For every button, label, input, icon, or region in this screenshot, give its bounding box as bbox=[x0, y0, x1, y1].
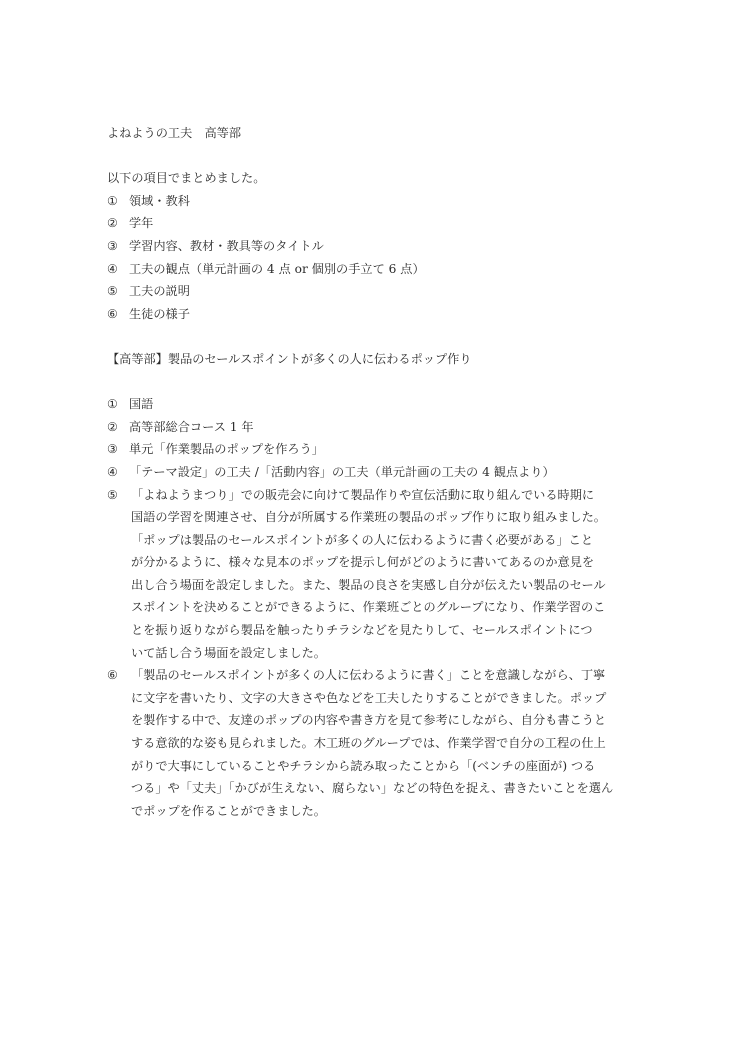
item-text: 高等部総合コース 1 年 bbox=[129, 416, 639, 439]
item-number: ⑥ bbox=[107, 303, 129, 326]
item-number: ⑤ bbox=[107, 484, 131, 665]
item-number: ④ bbox=[107, 461, 129, 484]
paragraph-line: する意欲的な姿も見られました。木工班のグループでは、作業学習で自分の工程の仕上 bbox=[131, 732, 639, 755]
paragraph-line: 国語の学習を関連させ、自分が所属する作業班の製品のポップ作りに取り組みました。 bbox=[131, 506, 639, 529]
item-number: ② bbox=[107, 416, 129, 439]
student-state-paragraph: ⑥ 「製品のセールスポイントが多くの人に伝わるように書く」ことを意識しながら、丁… bbox=[107, 664, 639, 822]
paragraph-line: つる」や「丈夫」「かびが生えない、腐らない」などの特色を捉え、書きたいことを選ん bbox=[131, 777, 639, 800]
item-number: ① bbox=[107, 190, 129, 213]
paragraph-line: いて話し合う場面を設定しました。 bbox=[131, 642, 639, 665]
item-text: 「テーマ設定」の工夫 /「活動内容」の工夫（単元計画の工夫の 4 観点より） bbox=[129, 461, 639, 484]
spacer bbox=[107, 145, 639, 168]
paragraph-line: 「製品のセールスポイントが多くの人に伝わるように書く」ことを意識しながら、丁寧 bbox=[131, 664, 639, 687]
outline-item: ⑤工夫の説明 bbox=[107, 280, 639, 303]
outline-item: ①領域・教科 bbox=[107, 190, 639, 213]
paragraph-line: 出し合う場面を設定しました。また、製品の良さを実感し自分が伝えたい製品のセール bbox=[131, 574, 639, 597]
entry-list: ①国語 ②高等部総合コース 1 年 ③単元「作業製品のポップを作ろう」 ④「テー… bbox=[107, 393, 639, 483]
item-number: ⑤ bbox=[107, 280, 129, 303]
outline-item: ③学習内容、教材・教具等のタイトル bbox=[107, 235, 639, 258]
item-text: 工夫の説明 bbox=[129, 280, 639, 303]
paragraph-line: 「ポップは製品のセールスポイントが多くの人に伝わるように書く必要がある」こと bbox=[131, 529, 639, 552]
outline-list: ①領域・教科 ②学年 ③学習内容、教材・教具等のタイトル ④工夫の観点（単元計画… bbox=[107, 190, 639, 326]
document-title: よねようの工夫 高等部 bbox=[107, 122, 639, 145]
paragraph-line: を製作する中で、友達のポップの内容や書き方を見て参考にしながら、自分も書こうと bbox=[131, 709, 639, 732]
item-number: ① bbox=[107, 393, 129, 416]
item-number: ④ bbox=[107, 258, 129, 281]
entry-item: ②高等部総合コース 1 年 bbox=[107, 416, 639, 439]
item-text: 工夫の観点（単元計画の 4 点 or 個別の手立て 6 点） bbox=[129, 258, 639, 281]
item-text: 学年 bbox=[129, 212, 639, 235]
item-number: ② bbox=[107, 212, 129, 235]
paragraph-line: がりで大事にしていることやチラシから読み取ったことから「(ベンチの座面が) つる bbox=[131, 755, 639, 778]
item-text: 生徒の様子 bbox=[129, 303, 639, 326]
paragraph-line: とを振り返りながら製品を触ったりチラシなどを見たりして、セールスポイントにつ bbox=[131, 619, 639, 642]
intro-text: 以下の項目でまとめました。 bbox=[107, 167, 639, 190]
item-text: 学習内容、教材・教具等のタイトル bbox=[129, 235, 639, 258]
document-page: よねようの工夫 高等部 以下の項目でまとめました。 ①領域・教科 ②学年 ③学習… bbox=[107, 122, 639, 822]
outline-item: ④工夫の観点（単元計画の 4 点 or 個別の手立て 6 点） bbox=[107, 258, 639, 281]
outline-item: ②学年 bbox=[107, 212, 639, 235]
paragraph-line: に文字を書いたり、文字の大きさや色などを工夫したりすることができました。ポップ bbox=[131, 687, 639, 710]
section-heading: 【高等部】製品のセールスポイントが多くの人に伝わるポップ作り bbox=[107, 348, 639, 371]
paragraph-line: スポイントを決めることができるように、作業班ごとのグループになり、作業学習のこ bbox=[131, 596, 639, 619]
item-text: 国語 bbox=[129, 393, 639, 416]
outline-item: ⑥生徒の様子 bbox=[107, 303, 639, 326]
explanation-paragraph: ⑤ 「よねようまつり」での販売会に向けて製品作りや宣伝活動に取り組んでいる時期に… bbox=[107, 484, 639, 665]
entry-item: ④「テーマ設定」の工夫 /「活動内容」の工夫（単元計画の工夫の 4 観点より） bbox=[107, 461, 639, 484]
item-text: 領域・教科 bbox=[129, 190, 639, 213]
spacer bbox=[107, 371, 639, 394]
paragraph-line: 「よねようまつり」での販売会に向けて製品作りや宣伝活動に取り組んでいる時期に bbox=[131, 484, 639, 507]
item-number: ③ bbox=[107, 235, 129, 258]
item-text: 単元「作業製品のポップを作ろう」 bbox=[129, 438, 639, 461]
item-number: ⑥ bbox=[107, 664, 131, 822]
paragraph-line: でポップを作ることができました。 bbox=[131, 800, 639, 823]
item-number: ③ bbox=[107, 438, 129, 461]
paragraph-line: が分かるように、様々な見本のポップを提示し何がどのように書いてあるのか意見を bbox=[131, 551, 639, 574]
entry-item: ①国語 bbox=[107, 393, 639, 416]
spacer bbox=[107, 325, 639, 348]
entry-item: ③単元「作業製品のポップを作ろう」 bbox=[107, 438, 639, 461]
